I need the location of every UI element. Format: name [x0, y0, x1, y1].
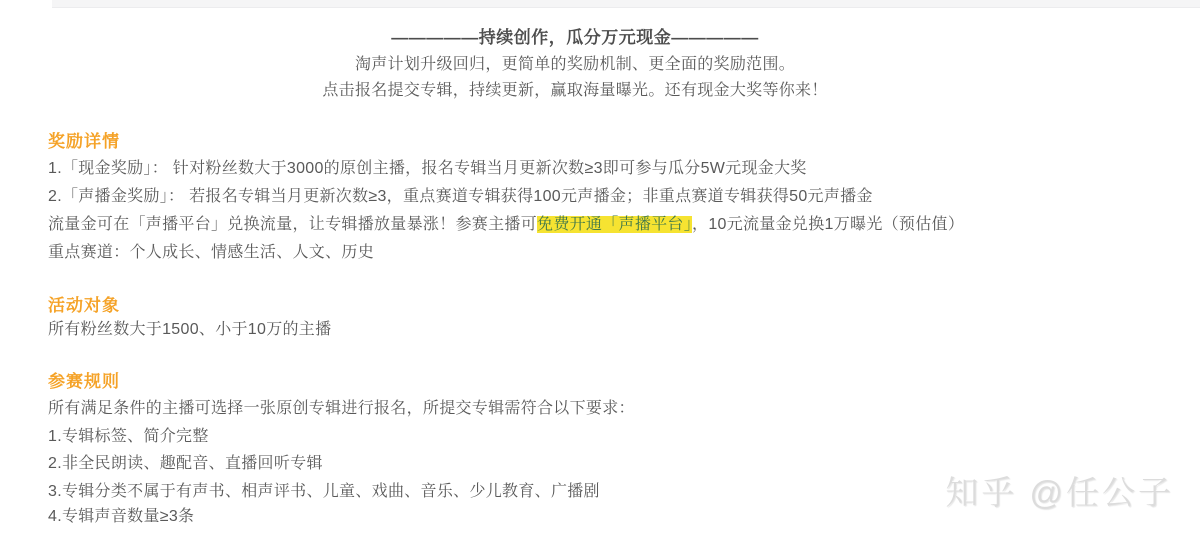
reward-item-traffic-post: ，10元流量金兑换1万曝光（预估值）: [692, 216, 964, 233]
intro-line-2: 点击报名提交专辑，持续更新，赢取海量曝光。还有现金大奖等你来！: [0, 81, 1150, 101]
reward-item-traffic: 流量金可在「声播平台」兑换流量，让专辑播放量暴涨！参赛主播可免费开通「声播平台」…: [48, 215, 964, 235]
rules-heading: 参赛规则: [48, 372, 120, 392]
reward-item-traffic-pre: 流量金可在「声播平台」兑换流量，让专辑播放量暴涨！参赛主播可: [48, 216, 537, 233]
rewards-heading: 奖励详情: [48, 132, 120, 152]
highlighted-free-open-text: 免费开通「声播平台」: [537, 216, 692, 233]
rule-item-3: 3.专辑分类不属于有声书、相声评书、儿童、戏曲、音乐、少儿教育、广播剧: [48, 482, 600, 502]
intro-line-1: 淘声计划升级回归，更简单的奖励机制、更全面的奖励范围。: [0, 55, 1150, 75]
reward-item-key-tracks: 重点赛道：个人成长、情感生活、人文、历史: [48, 243, 374, 263]
audience-line: 所有粉丝数大于1500、小于10万的主播: [48, 320, 331, 340]
headline: —————持续创作，瓜分万元现金—————: [0, 28, 1150, 48]
audience-heading: 活动对象: [48, 296, 120, 316]
top-divider: [52, 0, 1200, 8]
rule-item-2: 2.非全民朗读、趣配音、直播回听专辑: [48, 454, 323, 474]
reward-item-cash: 1.「现金奖励」： 针对粉丝数大于3000的原创主播，报名专辑当月更新次数≥3即…: [48, 159, 807, 179]
rules-intro: 所有满足条件的主播可选择一张原创专辑进行报名，所提交专辑需符合以下要求：: [48, 399, 635, 419]
rule-item-1: 1.专辑标签、简介完整: [48, 427, 209, 447]
reward-item-shengbo: 2.「声播金奖励」： 若报名专辑当月更新次数≥3，重点赛道专辑获得100元声播金…: [48, 187, 873, 207]
article-page: —————持续创作，瓜分万元现金————— 淘声计划升级回归，更简单的奖励机制、…: [0, 0, 1200, 537]
zhihu-watermark: 知乎 @任公子: [945, 467, 1174, 514]
rule-item-4: 4.专辑声音数量≥3条: [48, 507, 194, 527]
